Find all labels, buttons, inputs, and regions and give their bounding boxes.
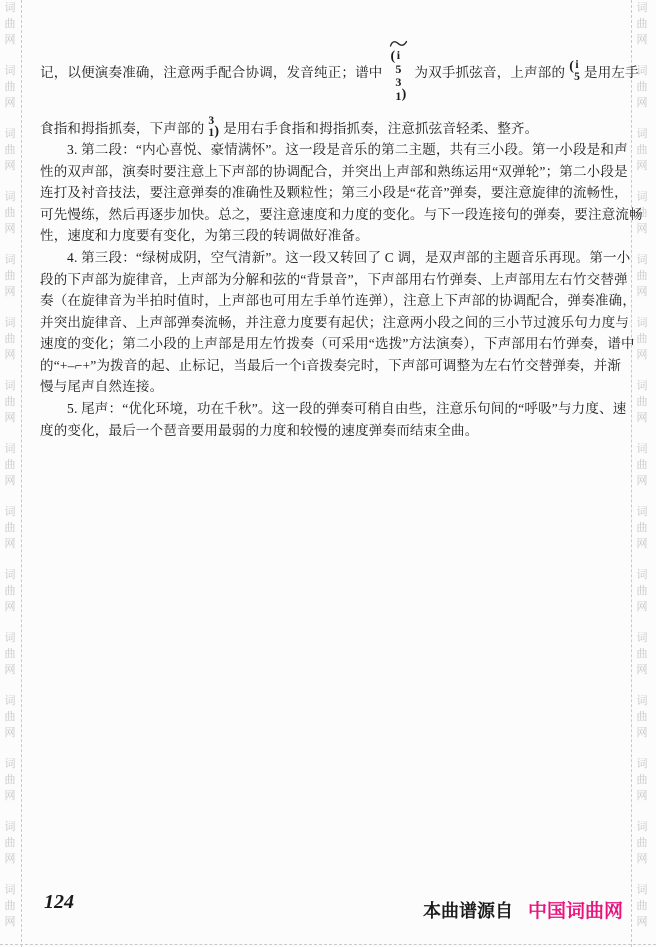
source-attribution: 本曲谱源自 中国词曲网 [423,896,623,923]
watermark-char: 网 [5,602,16,613]
watermark-char: 网 [5,224,16,235]
watermark-char: 网 [5,539,16,550]
watermark-char: 曲 [5,397,16,408]
watermark-char: 词 [637,3,648,14]
text-line: 连打及衬音技法，要注意弹奏的准确性及颗粒性；第三小段是“花音”弹奏，要注意旋律的… [40,182,620,204]
watermark-char: 词 [637,129,648,140]
watermark-char: 词 [5,633,16,644]
watermark-char: 网 [5,350,16,361]
text-line: 速度的变化；第二小段的上声部是用左竹拨奏（可采用“选拨”方法演奏），下声部用右竹… [40,333,620,355]
watermark-char: 曲 [5,334,16,345]
stack-close-paren: ) [214,124,219,140]
watermark-char: 词 [5,66,16,77]
watermark-char: 词 [637,696,648,707]
watermark-char: 曲 [5,838,16,849]
watermark-char: 网 [637,476,648,487]
watermark-char: 曲 [5,586,16,597]
chord-close-paren: ) [402,87,407,103]
watermark-char: 词 [5,3,16,14]
watermark-char: 网 [5,665,16,676]
watermark-char: 曲 [637,145,648,156]
watermark-char: 曲 [637,460,648,471]
watermark-char: 词 [637,444,648,455]
intro-line-1-text-before: 记，以便演奏准确，注意两手配合协调，发音纯正；谱中 [40,61,383,81]
watermark-char: 网 [5,917,16,928]
watermark-group: 词曲网 [637,507,648,550]
watermark-char: 网 [5,854,16,865]
watermark-group: 词曲网 [637,885,648,928]
paragraph-section-2: 3. 第二段：“内心喜悦、豪情满怀”。这一段是音乐的第二主题，共有三小段。第一小… [40,139,620,247]
watermark-group: 词曲网 [637,822,648,865]
watermark-char: 词 [5,822,16,833]
watermark-char: 网 [637,350,648,361]
text-line: 慢与尾声自然连接。 [40,376,620,398]
watermark-char: 曲 [5,82,16,93]
watermark-char: 词 [5,570,16,581]
watermark-group: 词曲网 [5,66,16,109]
intro-line-1-text-mid: 为双手抓弦音，上声部的 [415,61,566,81]
watermark-char: 词 [637,570,648,581]
upper-voice-stack: ( i 5 [569,59,580,84]
watermark-char: 曲 [637,649,648,660]
watermark-char: 曲 [637,838,648,849]
watermark-group: 词曲网 [5,318,16,361]
watermark-char: 曲 [637,82,648,93]
watermark-char: 曲 [5,523,16,534]
watermark-group: 词曲网 [637,318,648,361]
watermark-char: 曲 [637,397,648,408]
text-line: 4. 第三段：“绿树成阴，空气清新”。这一段又转回了 C 调，是双声部的主题音乐… [40,247,620,269]
watermark-char: 曲 [5,775,16,786]
text-line: 度的变化，最后一个琶音要用最弱的力度和较慢的速度弹奏而结束全曲。 [40,420,620,442]
scanned-music-instruction-page: 词曲网词曲网词曲网词曲网词曲网词曲网词曲网词曲网词曲网词曲网词曲网词曲网词曲网词… [0,0,656,947]
stack-note: 5 [574,71,580,84]
watermark-char: 曲 [637,775,648,786]
left-dashed-rule [21,0,22,947]
watermark-group: 词曲网 [5,633,16,676]
watermark-group: 词曲网 [5,129,16,172]
watermark-char: 网 [5,413,16,424]
watermark-char: 词 [5,192,16,203]
watermark-char: 网 [5,476,16,487]
watermark-char: 曲 [637,271,648,282]
text-line: 可先慢练，然后再逐步加快。总之，要注意速度和力度的变化。与下一段连接句的弹奏，要… [40,204,620,226]
right-watermark-column: 词曲网词曲网词曲网词曲网词曲网词曲网词曲网词曲网词曲网词曲网词曲网词曲网词曲网词… [634,3,650,928]
watermark-char: 词 [637,633,648,644]
source-prefix: 本曲谱源自 [423,897,513,923]
watermark-group: 词曲网 [637,3,648,46]
watermark-char: 词 [5,696,16,707]
watermark-char: 网 [637,224,648,235]
watermark-char: 词 [637,885,648,896]
watermark-char: 曲 [637,19,648,30]
text-line: 3. 第二段：“内心喜悦、豪情满怀”。这一段是音乐的第二主题，共有三小段。第一小… [40,139,620,161]
watermark-group: 词曲网 [5,444,16,487]
watermark-group: 词曲网 [637,381,648,424]
source-site-name: 中国词曲网 [528,896,623,923]
text-line: 段的下声部为旋律音，上声部为分解和弦的“背景音”，下声部用右竹弹奏、上声部用左右… [40,269,620,291]
watermark-char: 网 [5,35,16,46]
bottom-dashed-rule [0,944,656,945]
watermark-char: 曲 [637,712,648,723]
chord-note: 5 [395,63,401,77]
text-line: 并突出旋律音、上声部弹奏流畅，并注意力度要有起伏；注意两小段之间的三小节过渡乐句… [40,312,620,334]
watermark-char: 曲 [5,460,16,471]
watermark-group: 词曲网 [637,633,648,676]
watermark-group: 词曲网 [637,129,648,172]
stack-note: i [575,59,578,72]
watermark-char: 网 [637,287,648,298]
text-line: 的“+–⌐+”为拨音的起、止标记，当最后一个i音拨奏完时，下声部可调整为左右竹交… [40,355,620,377]
watermark-char: 网 [637,791,648,802]
paragraph-coda: 5. 尾声：“优化环境，功在千秋”。这一段的弹奏可稍自由些，注意乐句间的“呼吸”… [40,398,620,441]
text-line: 5. 尾声：“优化环境，功在千秋”。这一段的弹奏可稍自由些，注意乐句间的“呼吸”… [40,398,620,420]
watermark-group: 词曲网 [5,192,16,235]
text-line: 奏（在旋律音为半拍时值时，上声部也可用左手单竹连弹），注意上下声部的协调配合，弹… [40,290,620,312]
intro-line-1: 记，以便演奏准确，注意两手配合协调，发音纯正；谱中 ( i 5 3 1 ) 为双… [40,32,620,110]
watermark-char: 词 [5,255,16,266]
watermark-char: 词 [5,381,16,392]
watermark-char: 曲 [5,145,16,156]
watermark-char: 网 [637,917,648,928]
watermark-char: 曲 [637,901,648,912]
watermark-char: 词 [5,129,16,140]
left-watermark-column: 词曲网词曲网词曲网词曲网词曲网词曲网词曲网词曲网词曲网词曲网词曲网词曲网词曲网词… [2,3,18,928]
watermark-group: 词曲网 [637,570,648,613]
watermark-char: 网 [5,287,16,298]
watermark-group: 词曲网 [5,885,16,928]
watermark-char: 词 [5,759,16,770]
watermark-char: 词 [5,318,16,329]
watermark-group: 词曲网 [637,255,648,298]
watermark-char: 曲 [637,334,648,345]
watermark-char: 曲 [637,523,648,534]
watermark-char: 词 [637,318,648,329]
chord-note: i [397,49,401,63]
watermark-char: 词 [637,507,648,518]
watermark-group: 词曲网 [5,3,16,46]
watermark-char: 词 [5,444,16,455]
lower-voice-stack: 3 1 ) [208,115,219,140]
intro-paragraph: 记，以便演奏准确，注意两手配合协调，发音纯正；谱中 ( i 5 3 1 ) 为双… [40,32,620,144]
watermark-char: 网 [637,539,648,550]
watermark-char: 网 [637,98,648,109]
watermark-group: 词曲网 [5,759,16,802]
watermark-char: 词 [637,192,648,203]
watermark-char: 网 [637,35,648,46]
watermark-char: 网 [637,413,648,424]
watermark-char: 词 [637,381,648,392]
text-line: 性的双声部，演奏时要注意上下声部的协调配合，并突出上声部和熟练运用“双弹轮”；第… [40,161,620,183]
page-number: 124 [44,891,74,914]
watermark-char: 词 [5,507,16,518]
wave-ornament-icon [389,39,409,48]
watermark-group: 词曲网 [5,507,16,550]
watermark-char: 网 [637,665,648,676]
watermark-char: 词 [5,885,16,896]
watermark-char: 曲 [5,271,16,282]
watermark-char: 网 [5,791,16,802]
watermark-char: 网 [637,728,648,739]
watermark-char: 曲 [5,901,16,912]
watermark-char: 曲 [637,586,648,597]
watermark-group: 词曲网 [5,570,16,613]
jianpu-chord-stack: ( i 5 3 1 ) [389,39,409,103]
watermark-char: 词 [637,822,648,833]
watermark-char: 词 [637,255,648,266]
intro-line-2-text-after: 是用右手食指和拇指抓奏，注意抓弦音轻柔、整齐。 [223,117,538,137]
watermark-char: 网 [5,98,16,109]
watermark-char: 曲 [5,208,16,219]
watermark-group: 词曲网 [5,255,16,298]
watermark-group: 词曲网 [637,696,648,739]
watermark-char: 词 [637,759,648,770]
text-line: 性，速度和力度要有变化，为第三段的转调做好准备。 [40,225,620,247]
watermark-char: 网 [637,854,648,865]
paragraph-section-3: 4. 第三段：“绿树成阴，空气清新”。这一段又转回了 C 调，是双声部的主题音乐… [40,247,620,398]
watermark-group: 词曲网 [637,759,648,802]
watermark-group: 词曲网 [637,444,648,487]
intro-line-2-text-before: 食指和拇指抓奏，下声部的 [40,117,204,137]
watermark-char: 网 [5,728,16,739]
right-dashed-rule [631,0,632,947]
intro-line-1-text-after: 是用左手 [584,61,639,81]
watermark-char: 曲 [5,649,16,660]
watermark-char: 网 [5,161,16,172]
watermark-char: 网 [637,161,648,172]
watermark-char: 曲 [5,712,16,723]
watermark-char: 网 [637,602,648,613]
watermark-group: 词曲网 [5,381,16,424]
watermark-group: 词曲网 [5,822,16,865]
watermark-char: 曲 [5,19,16,30]
watermark-group: 词曲网 [5,696,16,739]
